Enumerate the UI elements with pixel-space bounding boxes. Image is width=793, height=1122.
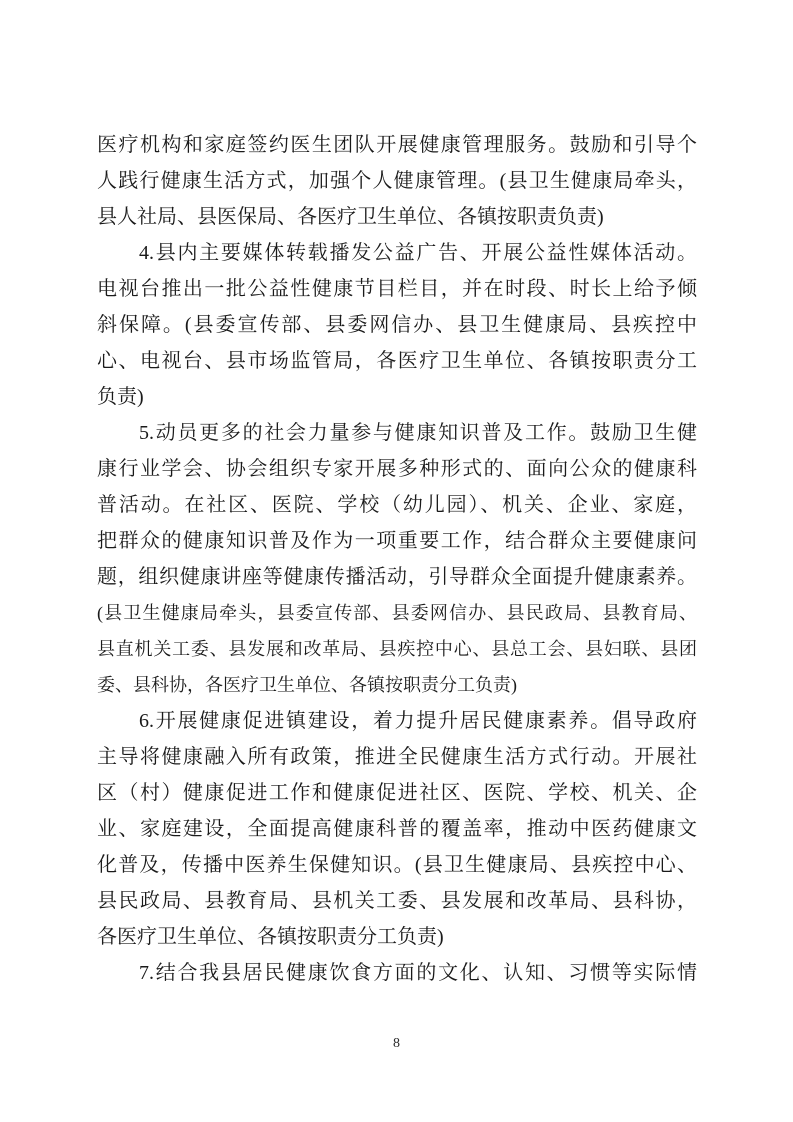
text-line: 心、电视台、县市场监管局，各医疗卫生单位、各镇按职责分工 bbox=[97, 343, 697, 379]
text-line: 康行业学会、协会组织专家开展多种形式的、面向公众的健康科 bbox=[97, 451, 697, 487]
text-line: 7.结合我县居民健康饮食方面的文化、认知、习惯等实际情 bbox=[97, 955, 697, 991]
text-line: 县人社局、县医保局、各医疗卫生单位、各镇按职责负责) bbox=[97, 199, 697, 235]
text-line: 县民政局、县教育局、县机关工委、县发展和改革局、县科协， bbox=[97, 883, 697, 919]
text-line: 化普及，传播中医养生保健知识。(县卫生健康局、县疾控中心、 bbox=[97, 847, 697, 883]
text-line: 人践行健康生活方式，加强个人健康管理。(县卫生健康局牵头， bbox=[97, 163, 697, 199]
document-page: 医疗机构和家庭签约医生团队开展健康管理服务。鼓励和引导个人践行健康生活方式，加强… bbox=[0, 0, 793, 1122]
page-number: 8 bbox=[0, 1036, 793, 1052]
text-line: 把群众的健康知识普及作为一项重要工作，结合群众主要健康问 bbox=[97, 523, 697, 559]
text-line: 医疗机构和家庭签约医生团队开展健康管理服务。鼓励和引导个 bbox=[97, 127, 697, 163]
text-line: 5.动员更多的社会力量参与健康知识普及工作。鼓励卫生健 bbox=[97, 415, 697, 451]
text-line: 委、县科协，各医疗卫生单位、各镇按职责分工负责) bbox=[97, 667, 697, 703]
text-line: 斜保障。(县委宣传部、县委网信办、县卫生健康局、县疾控中 bbox=[97, 307, 697, 343]
text-line: 4.县内主要媒体转载播发公益广告、开展公益性媒体活动。 bbox=[97, 235, 697, 271]
text-line: 各医疗卫生单位、各镇按职责分工负责) bbox=[97, 919, 697, 955]
text-line: 电视台推出一批公益性健康节目栏目，并在时段、时长上给予倾 bbox=[97, 271, 697, 307]
text-line: 县直机关工委、县发展和改革局、县疾控中心、县总工会、县妇联、县团 bbox=[97, 631, 697, 667]
text-line: 业、家庭建设，全面提高健康科普的覆盖率，推动中医药健康文 bbox=[97, 811, 697, 847]
text-line: (县卫生健康局牵头，县委宣传部、县委网信办、县民政局、县教育局、 bbox=[97, 595, 697, 631]
text-line: 区（村）健康促进工作和健康促进社区、医院、学校、机关、企 bbox=[97, 775, 697, 811]
text-line: 6.开展健康促进镇建设，着力提升居民健康素养。倡导政府 bbox=[97, 703, 697, 739]
text-line: 主导将健康融入所有政策，推进全民健康生活方式行动。开展社 bbox=[97, 739, 697, 775]
document-body: 医疗机构和家庭签约医生团队开展健康管理服务。鼓励和引导个人践行健康生活方式，加强… bbox=[97, 127, 697, 991]
text-line: 普活动。在社区、医院、学校（幼儿园）、机关、企业、家庭， bbox=[97, 487, 697, 523]
text-line: 负责) bbox=[97, 379, 697, 415]
text-line: 题，组织健康讲座等健康传播活动，引导群众全面提升健康素养。 bbox=[97, 559, 697, 595]
